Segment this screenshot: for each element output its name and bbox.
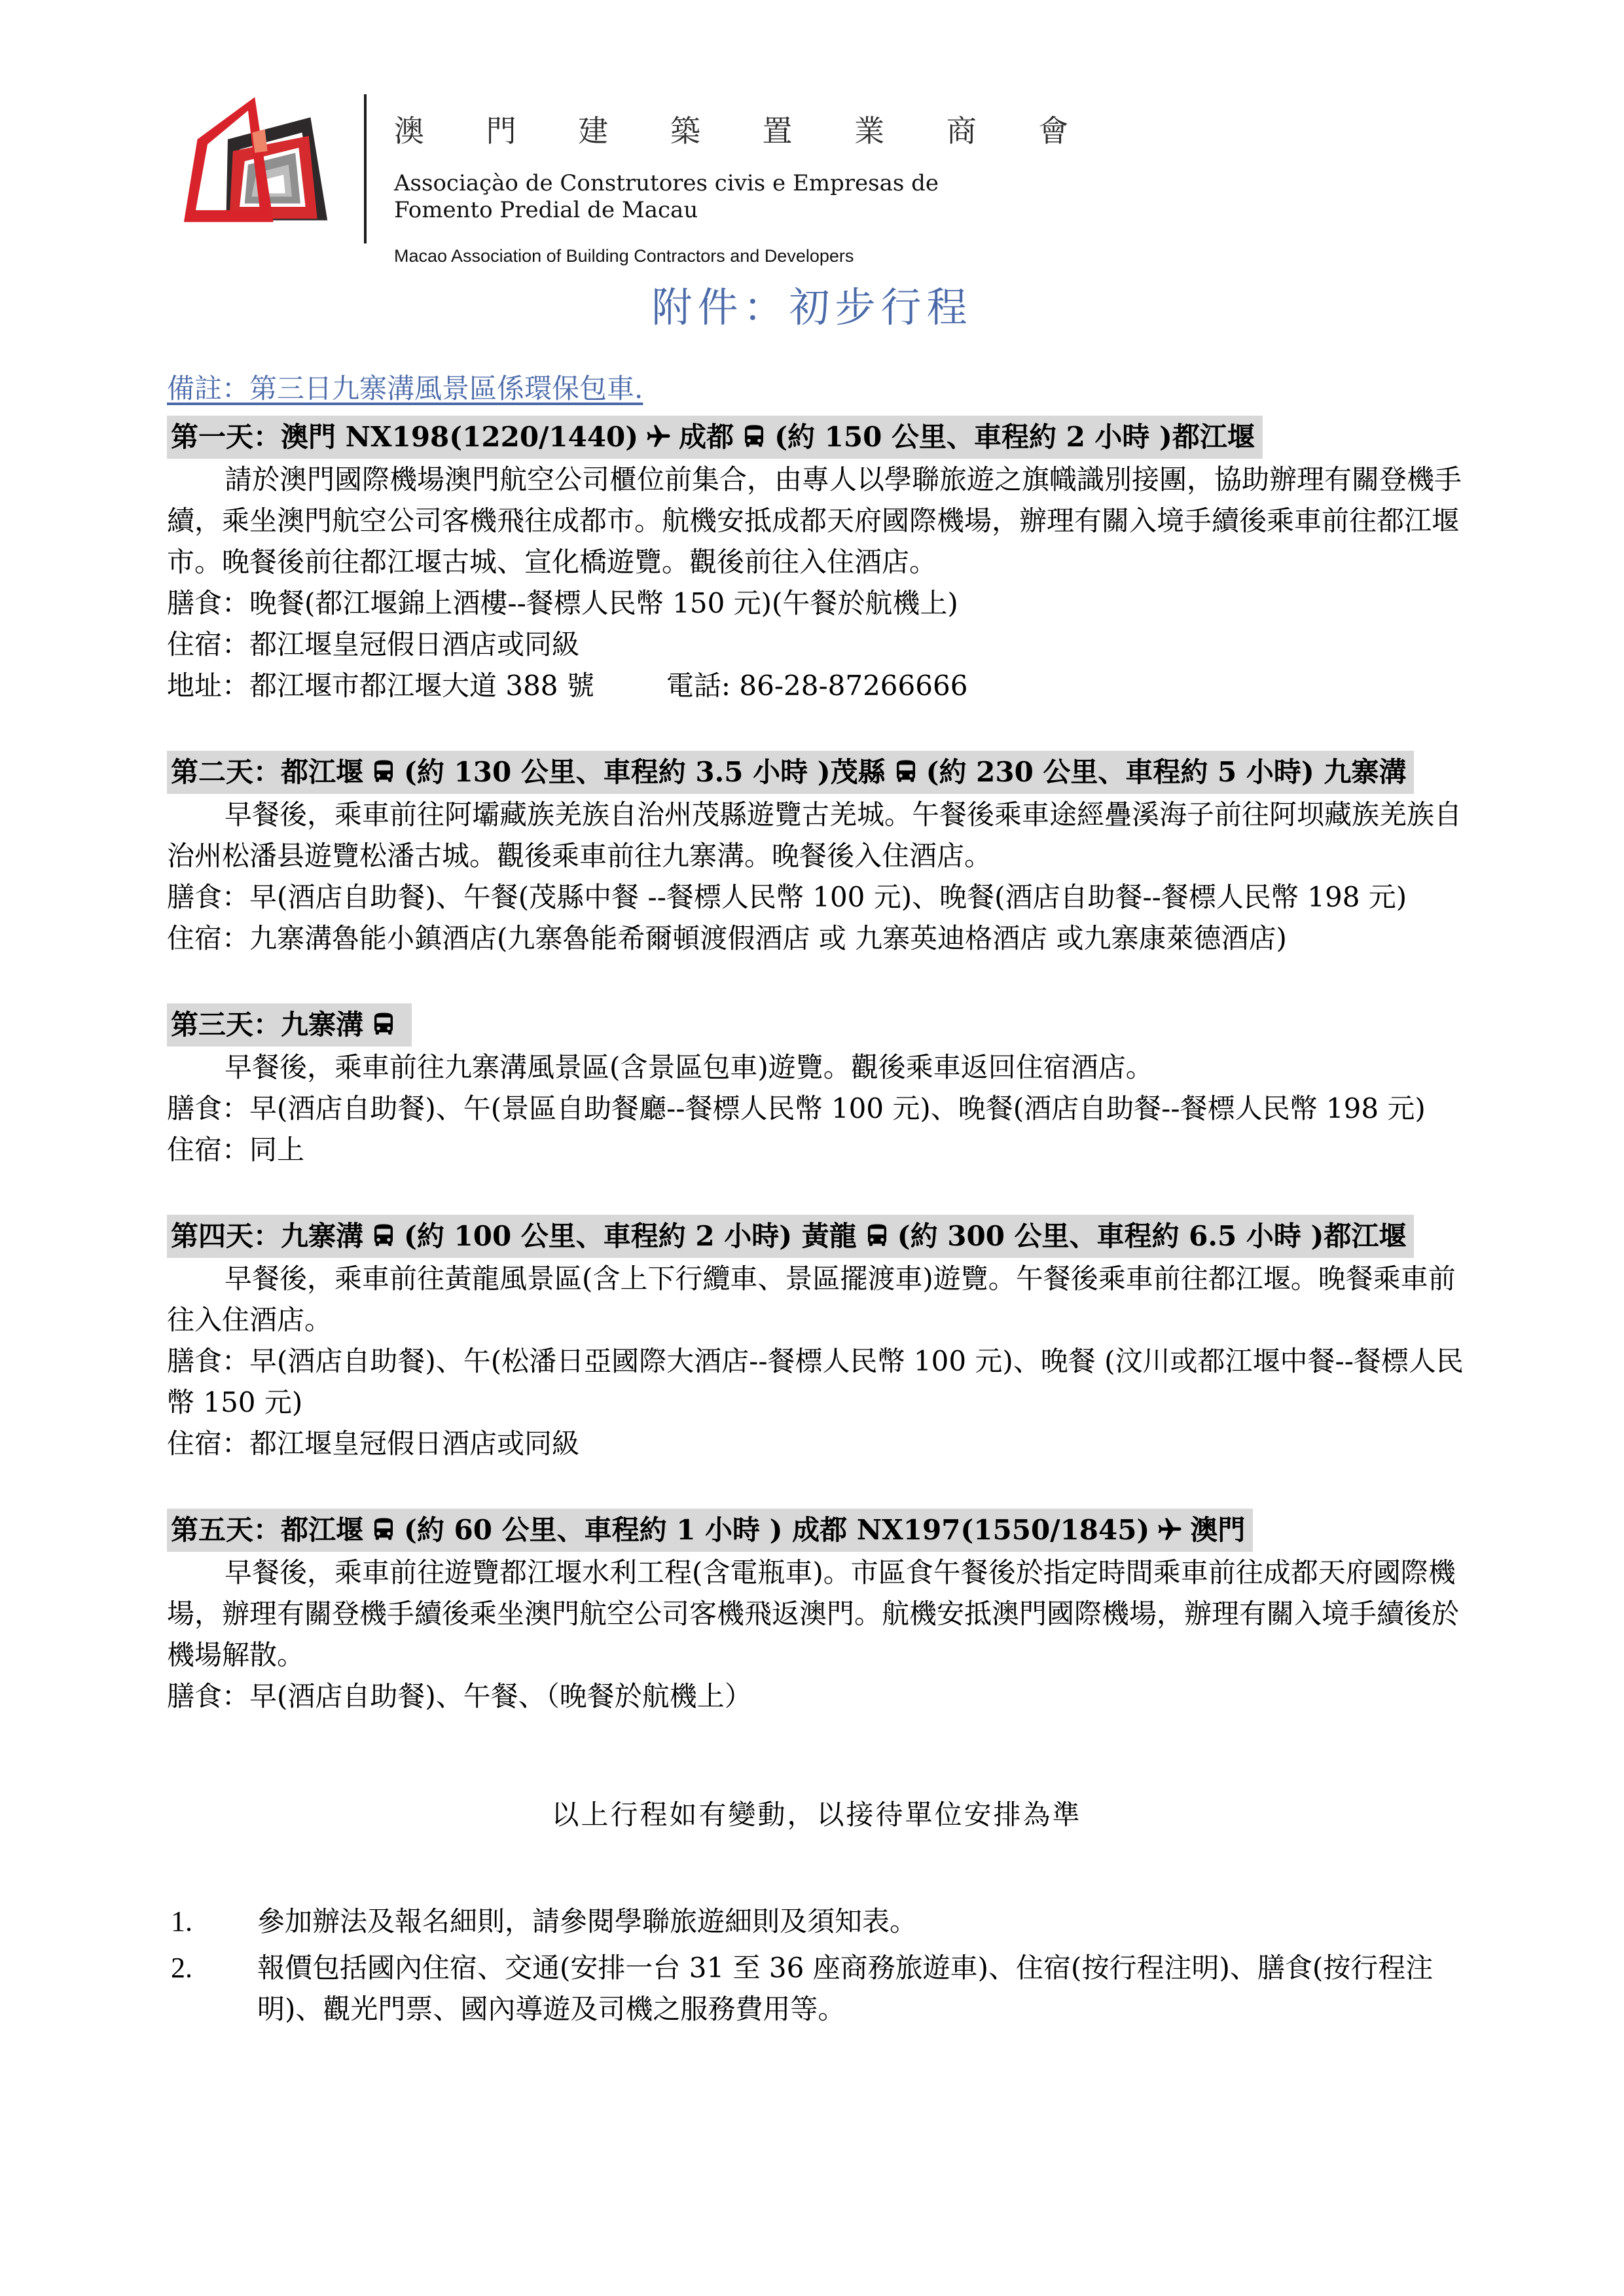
day-2-section: 第二天：都江堰(約 130 公里、車程約 3.5 小時 )茂縣(約 230 公里…: [167, 751, 1466, 959]
org-name-portuguese-line2: Fomento Predial de Macau: [394, 197, 1094, 224]
day-5-description: 早餐後，乘車前往遊覽都江堰水利工程(含電瓶車)。市區食午餐後於指定時間乘車前往成…: [167, 1552, 1466, 1676]
page-title: 附件：初步行程: [0, 275, 1624, 333]
day-1-header-segment: 第一天：澳門 NX198(1220/1440): [171, 421, 638, 453]
day-1-address-row: 地址：都江堰市都江堰大道 388 號電話: 86-28-87266666: [167, 665, 1466, 706]
day-2-header: 第二天：都江堰(約 130 公里、車程約 3.5 小時 )茂縣(約 230 公里…: [167, 751, 1414, 794]
day-5-section: 第五天：都江堰(約 60 公里、車程約 1 小時 ) 成都 NX197(1550…: [167, 1509, 1466, 1717]
day-1-header: 第一天：澳門 NX198(1220/1440)成都(約 150 公里、車程約 2…: [167, 416, 1263, 459]
itinerary-content: 備註：第三日九寨溝風景區係環保包車. 第一天：澳門 NX198(1220/144…: [167, 368, 1466, 2030]
org-name-chinese: 澳 門 建 築 置 業 商 會: [394, 107, 1094, 151]
list-number: 2.: [167, 1947, 257, 2030]
list-item: 2. 報價包括國內住宿、交通(安排一台 31 至 36 座商務旅遊車)、住宿(按…: [167, 1947, 1466, 2030]
org-name-block: 澳 門 建 築 置 業 商 會 Associaçào de Construtor…: [394, 90, 1094, 266]
day-2-header-segment: (約 130 公里、車程約 3.5 小時 )茂縣: [404, 756, 886, 788]
day-2-header-row: 第二天：都江堰(約 130 公里、車程約 3.5 小時 )茂縣(約 230 公里…: [167, 751, 1466, 794]
day-3-header: 第三天：九寨溝: [167, 1003, 412, 1047]
bus-icon: [863, 1222, 891, 1249]
day-4-header-row: 第四天：九寨溝(約 100 公里、車程約 2 小時) 黃龍(約 300 公里、車…: [167, 1215, 1466, 1258]
day-3-description: 早餐後，乘車前往九寨溝風景區(含景區包車)遊覽。觀後乘車返回住宿酒店。: [167, 1047, 1466, 1088]
letterhead: 澳 門 建 築 置 業 商 會 Associaçào de Construtor…: [175, 90, 1094, 266]
logo-graphic: [175, 90, 344, 259]
day-1-section: 第一天：澳門 NX198(1220/1440)成都(約 150 公里、車程約 2…: [167, 416, 1466, 706]
day-1-header-row: 第一天：澳門 NX198(1220/1440)成都(約 150 公里、車程約 2…: [167, 416, 1466, 459]
bus-icon: [370, 1011, 397, 1038]
day-4-description: 早餐後，乘車前往黃龍風景區(含上下行纜車、景區擺渡車)遊覽。午餐後乘車前往都江堰…: [167, 1258, 1466, 1340]
day-4-header-segment: 第四天：九寨溝: [171, 1220, 363, 1252]
bus-icon: [370, 758, 397, 785]
day-5-header-row: 第五天：都江堰(約 60 公里、車程約 1 小時 ) 成都 NX197(1550…: [167, 1509, 1466, 1552]
day-4-meals: 膳食：早(酒店自助餐)、午(松潘日亞國際大酒店--餐標人民幣 100 元)、晚餐…: [167, 1340, 1466, 1423]
day-4-header: 第四天：九寨溝(約 100 公里、車程約 2 小時) 黃龍(約 300 公里、車…: [167, 1215, 1414, 1258]
day-4-hotel: 住宿：都江堰皇冠假日酒店或同級: [167, 1423, 1466, 1464]
day-5-header: 第五天：都江堰(約 60 公里、車程約 1 小時 ) 成都 NX197(1550…: [167, 1509, 1253, 1552]
day-1-header-segment: (約 150 公里、車程約 2 小時 )都江堰: [774, 421, 1255, 453]
day-4-section: 第四天：九寨溝(約 100 公里、車程約 2 小時) 黃龍(約 300 公里、車…: [167, 1215, 1466, 1464]
day-2-meals: 膳食：早(酒店自助餐)、午餐(茂縣中餐 --餐標人民幣 100 元)、晚餐(酒店…: [167, 876, 1466, 918]
list-text: 報價包括國內住宿、交通(安排一台 31 至 36 座商務旅遊車)、住宿(按行程注…: [257, 1947, 1466, 2030]
org-name-portuguese: Associaçào de Construtores civis e Empre…: [394, 170, 1094, 224]
day-1-meals: 膳食：晚餐(都江堰錦上酒樓--餐標人民幣 150 元)(午餐於航機上): [167, 583, 1466, 624]
list-text: 參加辦法及報名細則，請參閱學聯旅遊細則及須知表。: [257, 1901, 1466, 1942]
day-3-section: 第三天：九寨溝 早餐後，乘車前往九寨溝風景區(含景區包車)遊覽。觀後乘車返回住宿…: [167, 1003, 1466, 1170]
day-2-hotel: 住宿：九寨溝魯能小鎮酒店(九寨魯能希爾頓渡假酒店 或 九寨英迪格酒店 或九寨康萊…: [167, 918, 1466, 959]
remark-note: 備註：第三日九寨溝風景區係環保包車.: [167, 368, 1466, 409]
airplane-icon: [645, 423, 672, 450]
change-disclaimer: 以上行程如有變動，以接待單位安排為準: [167, 1794, 1466, 1835]
day-2-header-segment: 第二天：都江堰: [171, 756, 363, 788]
day-1-hotel: 住宿：都江堰皇冠假日酒店或同級: [167, 624, 1466, 665]
org-name-portuguese-line1: Associaçào de Construtores civis e Empre…: [394, 170, 1094, 197]
day-4-header-segment: (約 100 公里、車程約 2 小時) 黃龍: [404, 1220, 857, 1252]
airplane-icon: [1156, 1516, 1183, 1543]
day-1-phone: 電話: 86-28-87266666: [666, 670, 968, 702]
bus-icon: [370, 1516, 397, 1543]
day-3-header-row: 第三天：九寨溝: [167, 1003, 1466, 1047]
list-item: 1. 參加辦法及報名細則，請參閱學聯旅遊細則及須知表。: [167, 1901, 1466, 1942]
document-page: 澳 門 建 築 置 業 商 會 Associaçào de Construtor…: [0, 0, 1624, 2296]
org-name-english: Macao Association of Building Contractor…: [394, 246, 1094, 266]
day-3-header-segment: 第三天：九寨溝: [171, 1009, 363, 1041]
list-number: 1.: [167, 1901, 257, 1942]
day-5-header-segment: 第五天：都江堰: [171, 1514, 363, 1546]
bus-icon: [892, 758, 920, 785]
day-3-meals: 膳食：早(酒店自助餐)、午(景區自助餐廳--餐標人民幣 100 元)、晚餐(酒店…: [167, 1088, 1466, 1129]
day-5-meals: 膳食：早(酒店自助餐)、午餐、（晚餐於航機上）: [167, 1676, 1466, 1717]
day-3-hotel: 住宿：同上: [167, 1129, 1466, 1170]
day-4-header-segment: (約 300 公里、車程約 6.5 小時 )都江堰: [897, 1220, 1407, 1252]
day-1-description: 請於澳門國際機場澳門航空公司櫃位前集合，由專人以學聯旅遊之旗幟識別接團，協助辦理…: [167, 459, 1466, 583]
day-5-header-segment: 澳門: [1190, 1514, 1245, 1546]
day-2-description: 早餐後，乘車前往阿壩藏族羌族自治州茂縣遊覽古羌城。午餐後乘車途經疊溪海子前往阿坝…: [167, 794, 1466, 876]
association-logo: [175, 90, 344, 259]
bus-icon: [370, 1222, 397, 1249]
day-1-address: 地址：都江堰市都江堰大道 388 號: [167, 670, 594, 702]
terms-list: 1. 參加辦法及報名細則，請參閱學聯旅遊細則及須知表。 2. 報價包括國內住宿、…: [167, 1901, 1466, 2030]
bus-icon: [740, 423, 768, 450]
header-divider: [364, 94, 367, 243]
day-1-header-segment: 成都: [679, 421, 734, 453]
day-5-header-segment: (約 60 公里、車程約 1 小時 ) 成都 NX197(1550/1845): [404, 1514, 1149, 1546]
day-2-header-segment: (約 230 公里、車程約 5 小時) 九寨溝: [926, 756, 1407, 788]
